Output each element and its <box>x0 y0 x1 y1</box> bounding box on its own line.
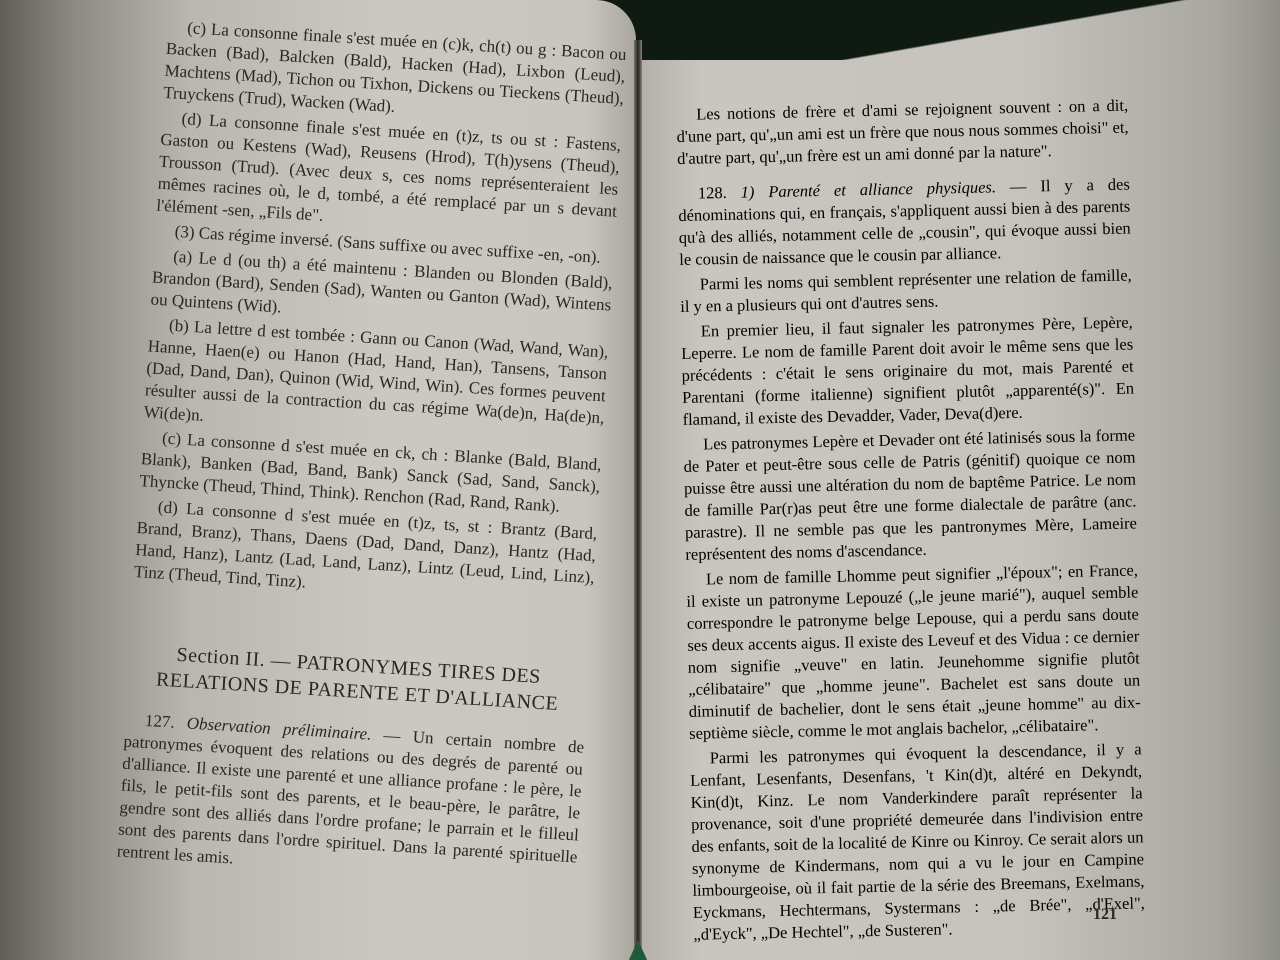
paragraph-latinises: Les patronymes Lepère et Devader ont été… <box>683 424 1138 565</box>
book-gutter <box>634 40 642 960</box>
left-page-text: (c) La consonne finale s'est muée en (c)… <box>116 16 627 893</box>
paragraph-128-number: 128. <box>698 183 727 203</box>
left-page: (c) La consonne finale s'est muée en (c)… <box>0 0 636 960</box>
paragraph-128-heading: 1) Parenté et alliance physiques. <box>740 177 996 201</box>
section-title: Section II. — PATRONYMES TIRES DES RELAT… <box>127 639 589 719</box>
right-page-text: Les notions de frère et d'ami se rejoign… <box>676 95 1146 949</box>
paragraph-lhomme: Le nom de famille Lhomme peut signifier … <box>686 559 1142 744</box>
paragraph-127: 127. Observation préliminaire. — Un cert… <box>116 709 585 891</box>
page-number: 121 <box>1093 906 1117 924</box>
paragraph-parmi-les-noms: Parmi les noms qui semblent représenter … <box>680 264 1133 317</box>
paragraph-descendance: Parmi les patronymes qui évoquent la des… <box>689 738 1145 945</box>
paragraph-128: 128. 1) Parenté et alliance physiques. —… <box>678 174 1132 271</box>
paragraph-127-number: 127. <box>144 711 175 732</box>
background-top-right <box>640 0 1280 60</box>
bookmark-ribbon <box>628 940 648 960</box>
paragraph-premier-lieu: En premier lieu, il faut signaler les pa… <box>681 311 1135 430</box>
paragraph-frere-ami: Les notions de frère et d'ami se rejoign… <box>676 95 1129 170</box>
paragraph-127-text: — Un certain nombre de patronymes évoque… <box>116 726 584 868</box>
